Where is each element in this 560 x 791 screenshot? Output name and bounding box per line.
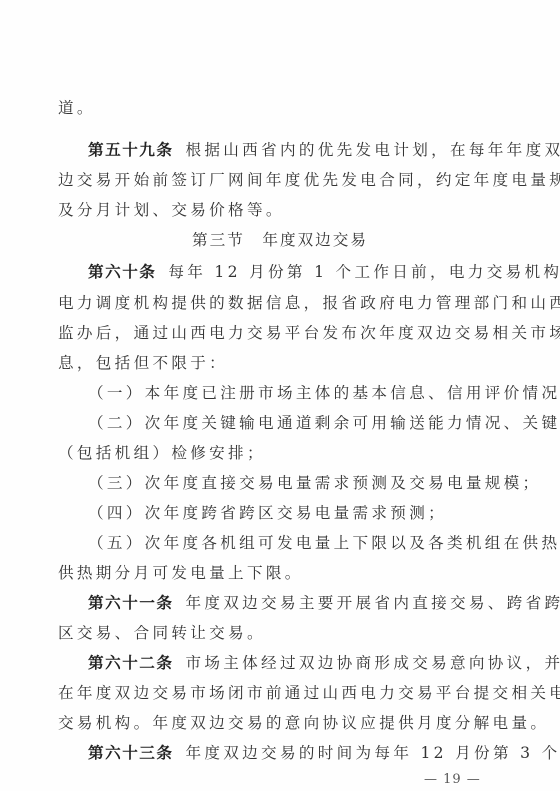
text-line: 息，包括但不限于： [58, 353, 480, 373]
text-line: 根据山西省内的优先发电计划，在每年年度双 [185, 141, 560, 159]
text-line: 每年 12 月份第 1 个工作日前，电力交易机构汇总 [168, 263, 560, 281]
page-number: — 19 — [424, 772, 481, 787]
text-line: 及分月计划、交易价格等。 [58, 200, 480, 220]
list-item: （五）次年度各机组可发电量上下限以及各类机组在供热和非 [88, 533, 480, 553]
text-line: 交易机构。年度双边交易的意向协议应提供月度分解电量。 [58, 713, 480, 733]
text-line: 年度双边交易的时间为每年 12 月份第 3 个工 [185, 744, 560, 762]
text-line: （包括机组）检修安排； [58, 443, 480, 463]
article-63-line: 第六十三条年度双边交易的时间为每年 12 月份第 3 个工 [88, 743, 480, 763]
text-line: 监办后，通过山西电力交易平台发布次年度双边交易相关市场信 [58, 323, 480, 343]
section-heading: 第三节 年度双边交易 [0, 230, 560, 250]
article-heading: 第六十三条 [88, 744, 173, 762]
article-heading: 第六十一条 [88, 594, 173, 612]
list-item: （一）本年度已注册市场主体的基本信息、信用评价情况； [88, 383, 480, 403]
list-item: （二）次年度关键输电通道剩余可用输送能力情况、关键设备 [88, 413, 480, 433]
text-line: 年度双边交易主要开展省内直接交易、跨省跨 [185, 594, 560, 612]
list-item: （四）次年度跨省跨区交易电量需求预测； [88, 503, 480, 523]
article-heading: 第六十二条 [88, 654, 173, 672]
text-line: 道。 [58, 98, 480, 118]
article-60-line: 第六十条每年 12 月份第 1 个工作日前，电力交易机构汇总 [88, 262, 480, 282]
document-page: 道。 第五十九条根据山西省内的优先发电计划，在每年年度双 边交易开始前签订厂网间… [0, 0, 560, 791]
text-line: 电力调度机构提供的数据信息，报省政府电力管理部门和山西能 [58, 293, 480, 313]
list-item: （三）次年度直接交易电量需求预测及交易电量规模； [88, 473, 480, 493]
article-61-line: 第六十一条年度双边交易主要开展省内直接交易、跨省跨 [88, 593, 480, 613]
text-line: 供热期分月可发电量上下限。 [58, 563, 480, 583]
text-line: 在年度双边交易市场闭市前通过山西电力交易平台提交相关电力 [58, 683, 480, 703]
article-62-line: 第六十二条市场主体经过双边协商形成交易意向协议，并 [88, 653, 480, 673]
text-line: 边交易开始前签订厂网间年度优先发电合同，约定年度电量规模 [58, 170, 480, 190]
text-line: 区交易、合同转让交易。 [58, 623, 480, 643]
article-heading: 第五十九条 [88, 141, 173, 159]
article-heading: 第六十条 [88, 263, 156, 281]
text-line: 市场主体经过双边协商形成交易意向协议，并 [185, 654, 560, 672]
article-59-line: 第五十九条根据山西省内的优先发电计划，在每年年度双 [88, 140, 480, 160]
